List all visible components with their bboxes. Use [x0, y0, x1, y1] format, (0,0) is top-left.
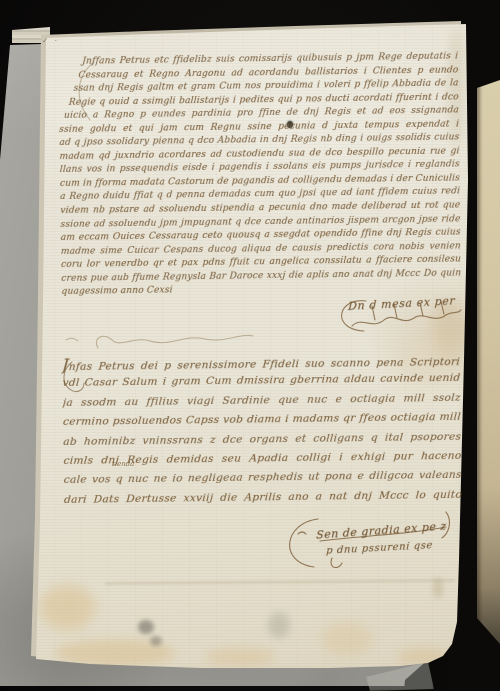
collation-mark: ✓ · — [42, 36, 59, 45]
letter-1-text-block: Jnffans Petrus etc ffidelibz suis comiss… — [58, 50, 461, 299]
letter-2-text-block: Jnfas Petrus dei p serenissimore Ffideli… — [62, 350, 462, 510]
facing-leaf-edge — [477, 78, 500, 644]
interlinear-correction: tienda — [112, 460, 135, 468]
manuscript-photo: Jnffans Petrus etc ffidelibz suis comiss… — [0, 0, 500, 691]
